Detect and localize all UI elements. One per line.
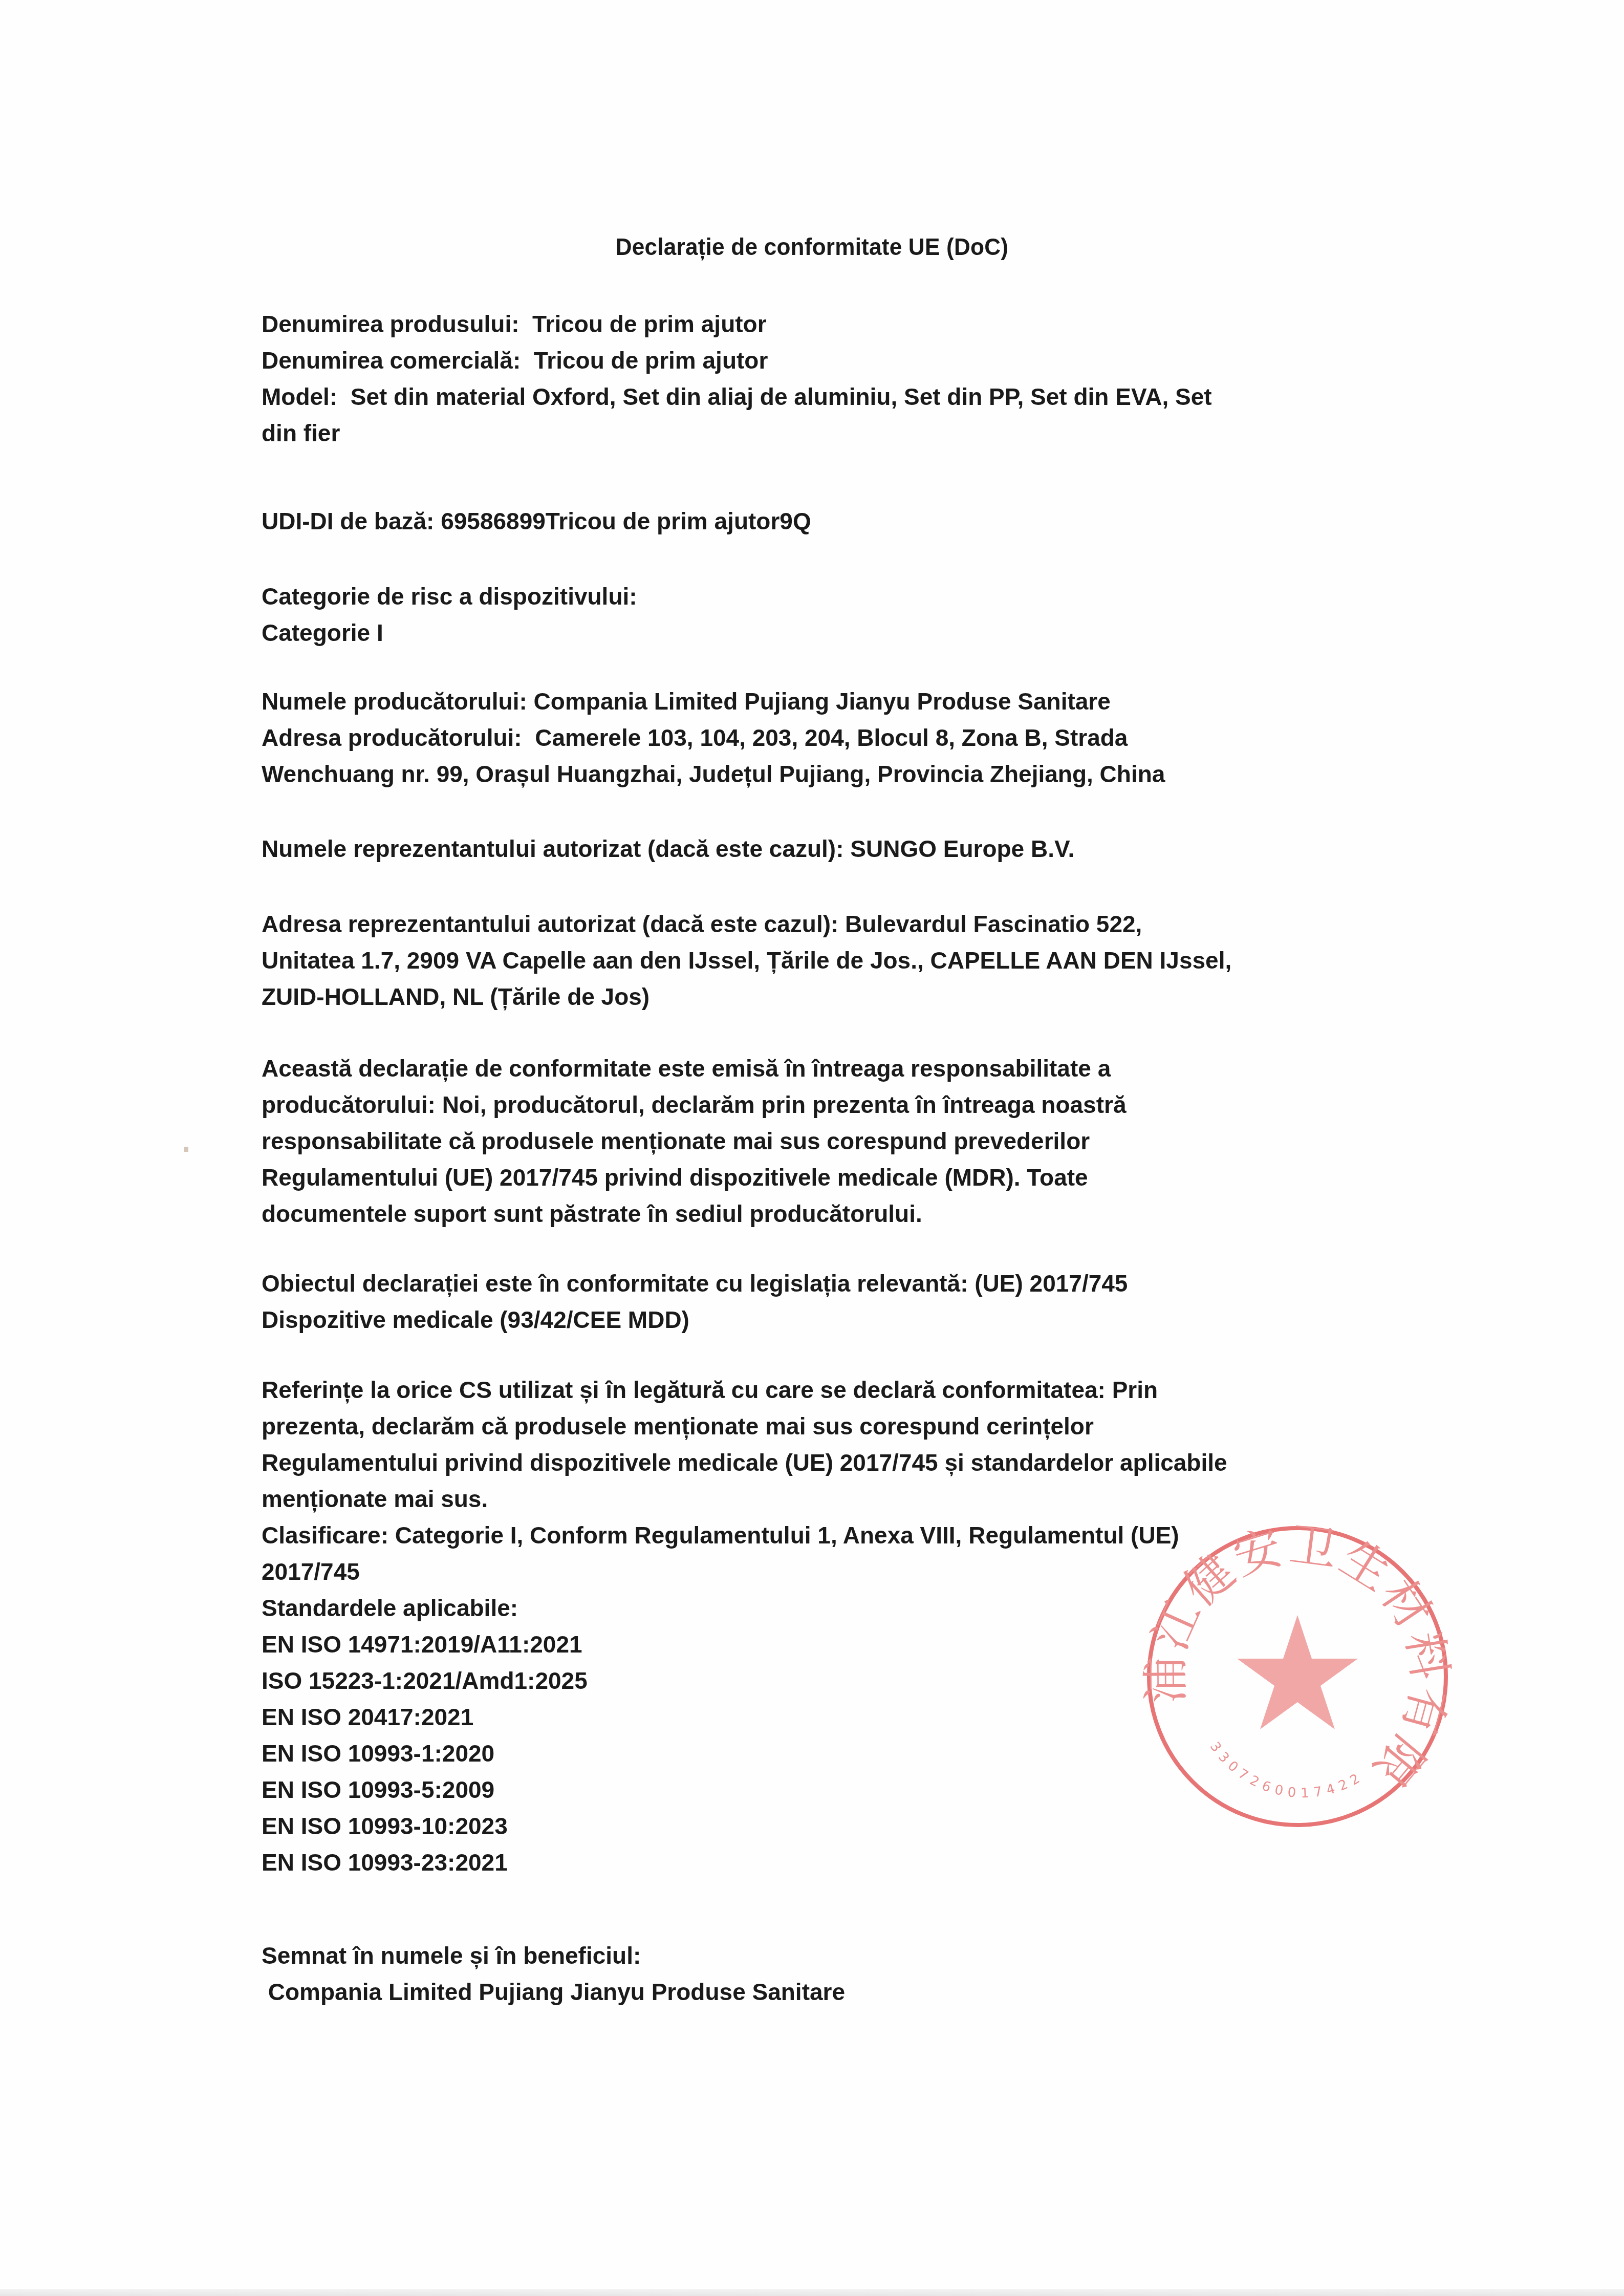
signature-company: Compania Limited Pujiang Jianyu Produse … bbox=[262, 1974, 1388, 2010]
svg-text:3307260017422: 3307260017422 bbox=[1207, 1739, 1367, 1801]
manufacturer-address-1: Adresa producătorului: Camerele 103, 104… bbox=[262, 720, 1388, 756]
document-page: Declarație de conformitate UE (DoC) Denu… bbox=[0, 0, 1624, 2296]
representative-name-section: Numele reprezentantului autorizat (dacă … bbox=[262, 831, 1388, 867]
representative-name: Numele reprezentantului autorizat (dacă … bbox=[262, 831, 1388, 867]
responsibility-section: Această declarație de conformitate este … bbox=[262, 1050, 1388, 1232]
responsibility-line: Această declarație de conformitate este … bbox=[262, 1050, 1388, 1087]
document-title: Declarație de conformitate UE (DoC) bbox=[32, 233, 1591, 261]
model-line-2: din fier bbox=[262, 415, 1388, 452]
manufacturer-name: Numele producătorului: Compania Limited … bbox=[262, 683, 1388, 720]
product-section: Denumirea produsului: Tricou de prim aju… bbox=[262, 306, 1388, 452]
standard-item: EN ISO 10993-23:2021 bbox=[262, 1844, 1388, 1881]
signature-section: Semnat în numele și în beneficiul: Compa… bbox=[262, 1938, 1388, 2010]
udi-section: UDI-DI de bază: 69586899Tricou de prim a… bbox=[262, 503, 1388, 540]
company-seal-stamp-icon: 浦江健安卫生材料有限公司 3307260017422 bbox=[1139, 1518, 1456, 1835]
references-line: Regulamentului privind dispozitivele med… bbox=[262, 1445, 1388, 1481]
responsibility-line: producătorului: Noi, producătorul, decla… bbox=[262, 1087, 1388, 1123]
representative-address-section: Adresa reprezentantului autorizat (dacă … bbox=[262, 906, 1388, 1015]
responsibility-line: responsabilitate că produsele menționate… bbox=[262, 1123, 1388, 1160]
references-line: prezenta, declarăm că produsele menționa… bbox=[262, 1408, 1388, 1445]
objective-line: Obiectul declarației este în conformitat… bbox=[262, 1265, 1388, 1302]
references-line: Referințe la orice CS utilizat și în leg… bbox=[262, 1372, 1388, 1408]
representative-address-2: Unitatea 1.7, 2909 VA Capelle aan den IJ… bbox=[262, 942, 1388, 979]
scan-bottom-edge bbox=[0, 2289, 1624, 2296]
responsibility-line: Regulamentului (UE) 2017/745 privind dis… bbox=[262, 1160, 1388, 1196]
signature-label: Semnat în numele și în beneficiul: bbox=[262, 1938, 1388, 1974]
model-line-1: Model: Set din material Oxford, Set din … bbox=[262, 379, 1388, 415]
objective-section: Obiectul declarației este în conformitat… bbox=[262, 1265, 1388, 1338]
product-name: Denumirea produsului: Tricou de prim aju… bbox=[262, 306, 1388, 342]
risk-value: Categorie I bbox=[262, 615, 1388, 651]
representative-address-1: Adresa reprezentantului autorizat (dacă … bbox=[262, 906, 1388, 942]
scan-speck bbox=[184, 1147, 188, 1152]
udi-line: UDI-DI de bază: 69586899Tricou de prim a… bbox=[262, 503, 1388, 540]
manufacturer-address-2: Wenchuang nr. 99, Orașul Huangzhai, Jude… bbox=[262, 756, 1388, 792]
risk-section: Categorie de risc a dispozitivului: Cate… bbox=[262, 578, 1388, 651]
responsibility-line: documentele suport sunt păstrate în sedi… bbox=[262, 1196, 1388, 1232]
risk-label: Categorie de risc a dispozitivului: bbox=[262, 578, 1388, 615]
references-line: menționate mai sus. bbox=[262, 1481, 1388, 1517]
trade-name: Denumirea comercială: Tricou de prim aju… bbox=[262, 342, 1388, 379]
objective-line: Dispozitive medicale (93/42/CEE MDD) bbox=[262, 1302, 1388, 1338]
representative-address-3: ZUID-HOLLAND, NL (Țările de Jos) bbox=[262, 979, 1388, 1015]
manufacturer-section: Numele producătorului: Compania Limited … bbox=[262, 683, 1388, 792]
